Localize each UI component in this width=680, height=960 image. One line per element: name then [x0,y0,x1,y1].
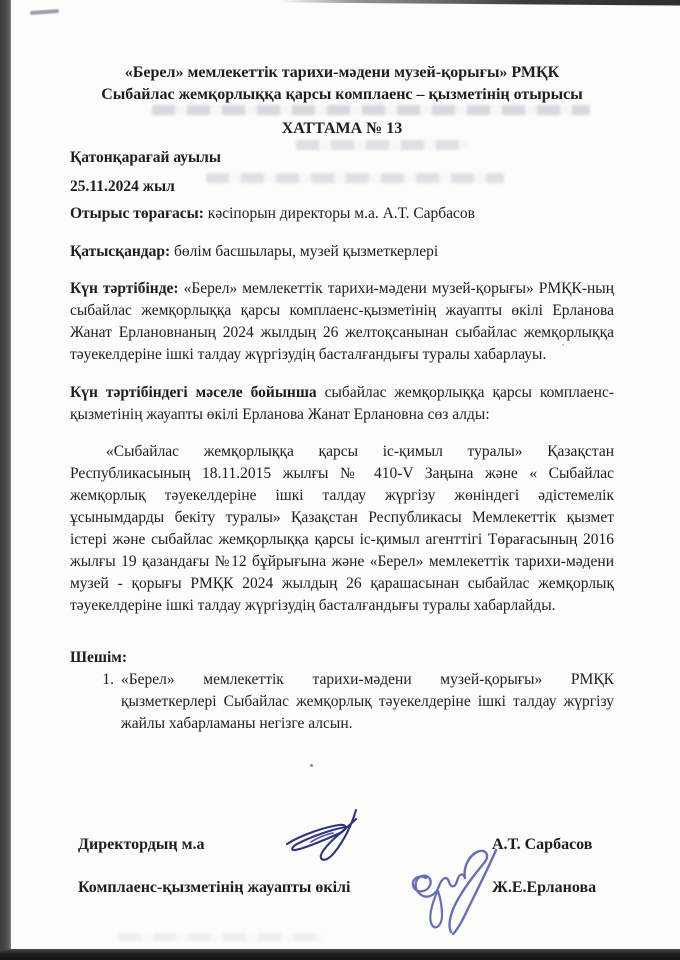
bleedthrough-ghost-line [118,933,323,941]
signature-role: Директордың м.а [78,836,204,854]
org-title-line2: Сыбайлас жемқорлыққа қарсы комплаенс – қ… [70,84,614,106]
agenda-matter-label: Күн тәртібіндегі мәселе бойынша [70,384,317,401]
speech-paragraph: «Сыбайлас жемқорлыққа қарсы іс-қимыл тур… [70,441,614,617]
paper-speck [310,764,313,767]
signature-name: Ж.Е.Ерланова [492,879,620,897]
chairman-value: кәсіпорын директоры м.а. А.Т. Сарбасов [208,205,475,222]
agenda-paragraph: Күн тәртібінде: «Берел» мемлекеттік тари… [70,278,614,366]
ink-signature-erlanova [406,845,506,937]
decision-item-text: «Берел» мемлекеттік тарихи-мәдени музей-… [121,669,614,735]
signature-row-compliance: Комплаенс-қызметінің жауапты өкілі Ж.Е.Е… [78,879,620,897]
agenda-matter-paragraph: Күн тәртібіндегі мәселе бойынша сыбайлас… [70,382,614,426]
ink-signature-sarbasov [283,806,365,868]
decision-item-number: 1. [92,669,114,735]
signature-role: Комплаенс-қызметінің жауапты өкілі [78,879,350,897]
document-content: «Берел» мемлекеттік тарихи-мәдени музей-… [0,0,680,735]
protocol-heading: ХАТТАМА № 13 [70,118,614,140]
agenda-label: Күн тәртібінде: [70,280,179,297]
date-line: 25.11.2024 жыл [70,176,614,198]
place-line: Қатонқарағай ауылы [70,147,614,169]
decision-item: 1. «Берел» мемлекеттік тарихи-мәдени муз… [70,669,614,735]
signature-name: А.Т. Сарбасов [492,836,620,854]
chairman-line: Отырыс төрағасы: кәсіпорын директоры м.а… [70,203,614,225]
decision-heading: Шешім: [70,647,614,669]
org-title-line1: «Берел» мемлекеттік тарихи-мәдени музей-… [70,62,614,84]
scan-edge-bottom [0,949,680,960]
scanned-protocol-page: «Берел» мемлекеттік тарихи-мәдени музей-… [0,0,680,960]
participants-label: Қатысқандар: [70,243,170,260]
participants-line: Қатысқандар: бөлім басшылары, музей қызм… [70,241,614,263]
chairman-label: Отырыс төрағасы: [70,205,204,222]
scan-edge-left [0,0,11,960]
participants-value: бөлім басшылары, музей қызметкерлері [174,243,438,260]
